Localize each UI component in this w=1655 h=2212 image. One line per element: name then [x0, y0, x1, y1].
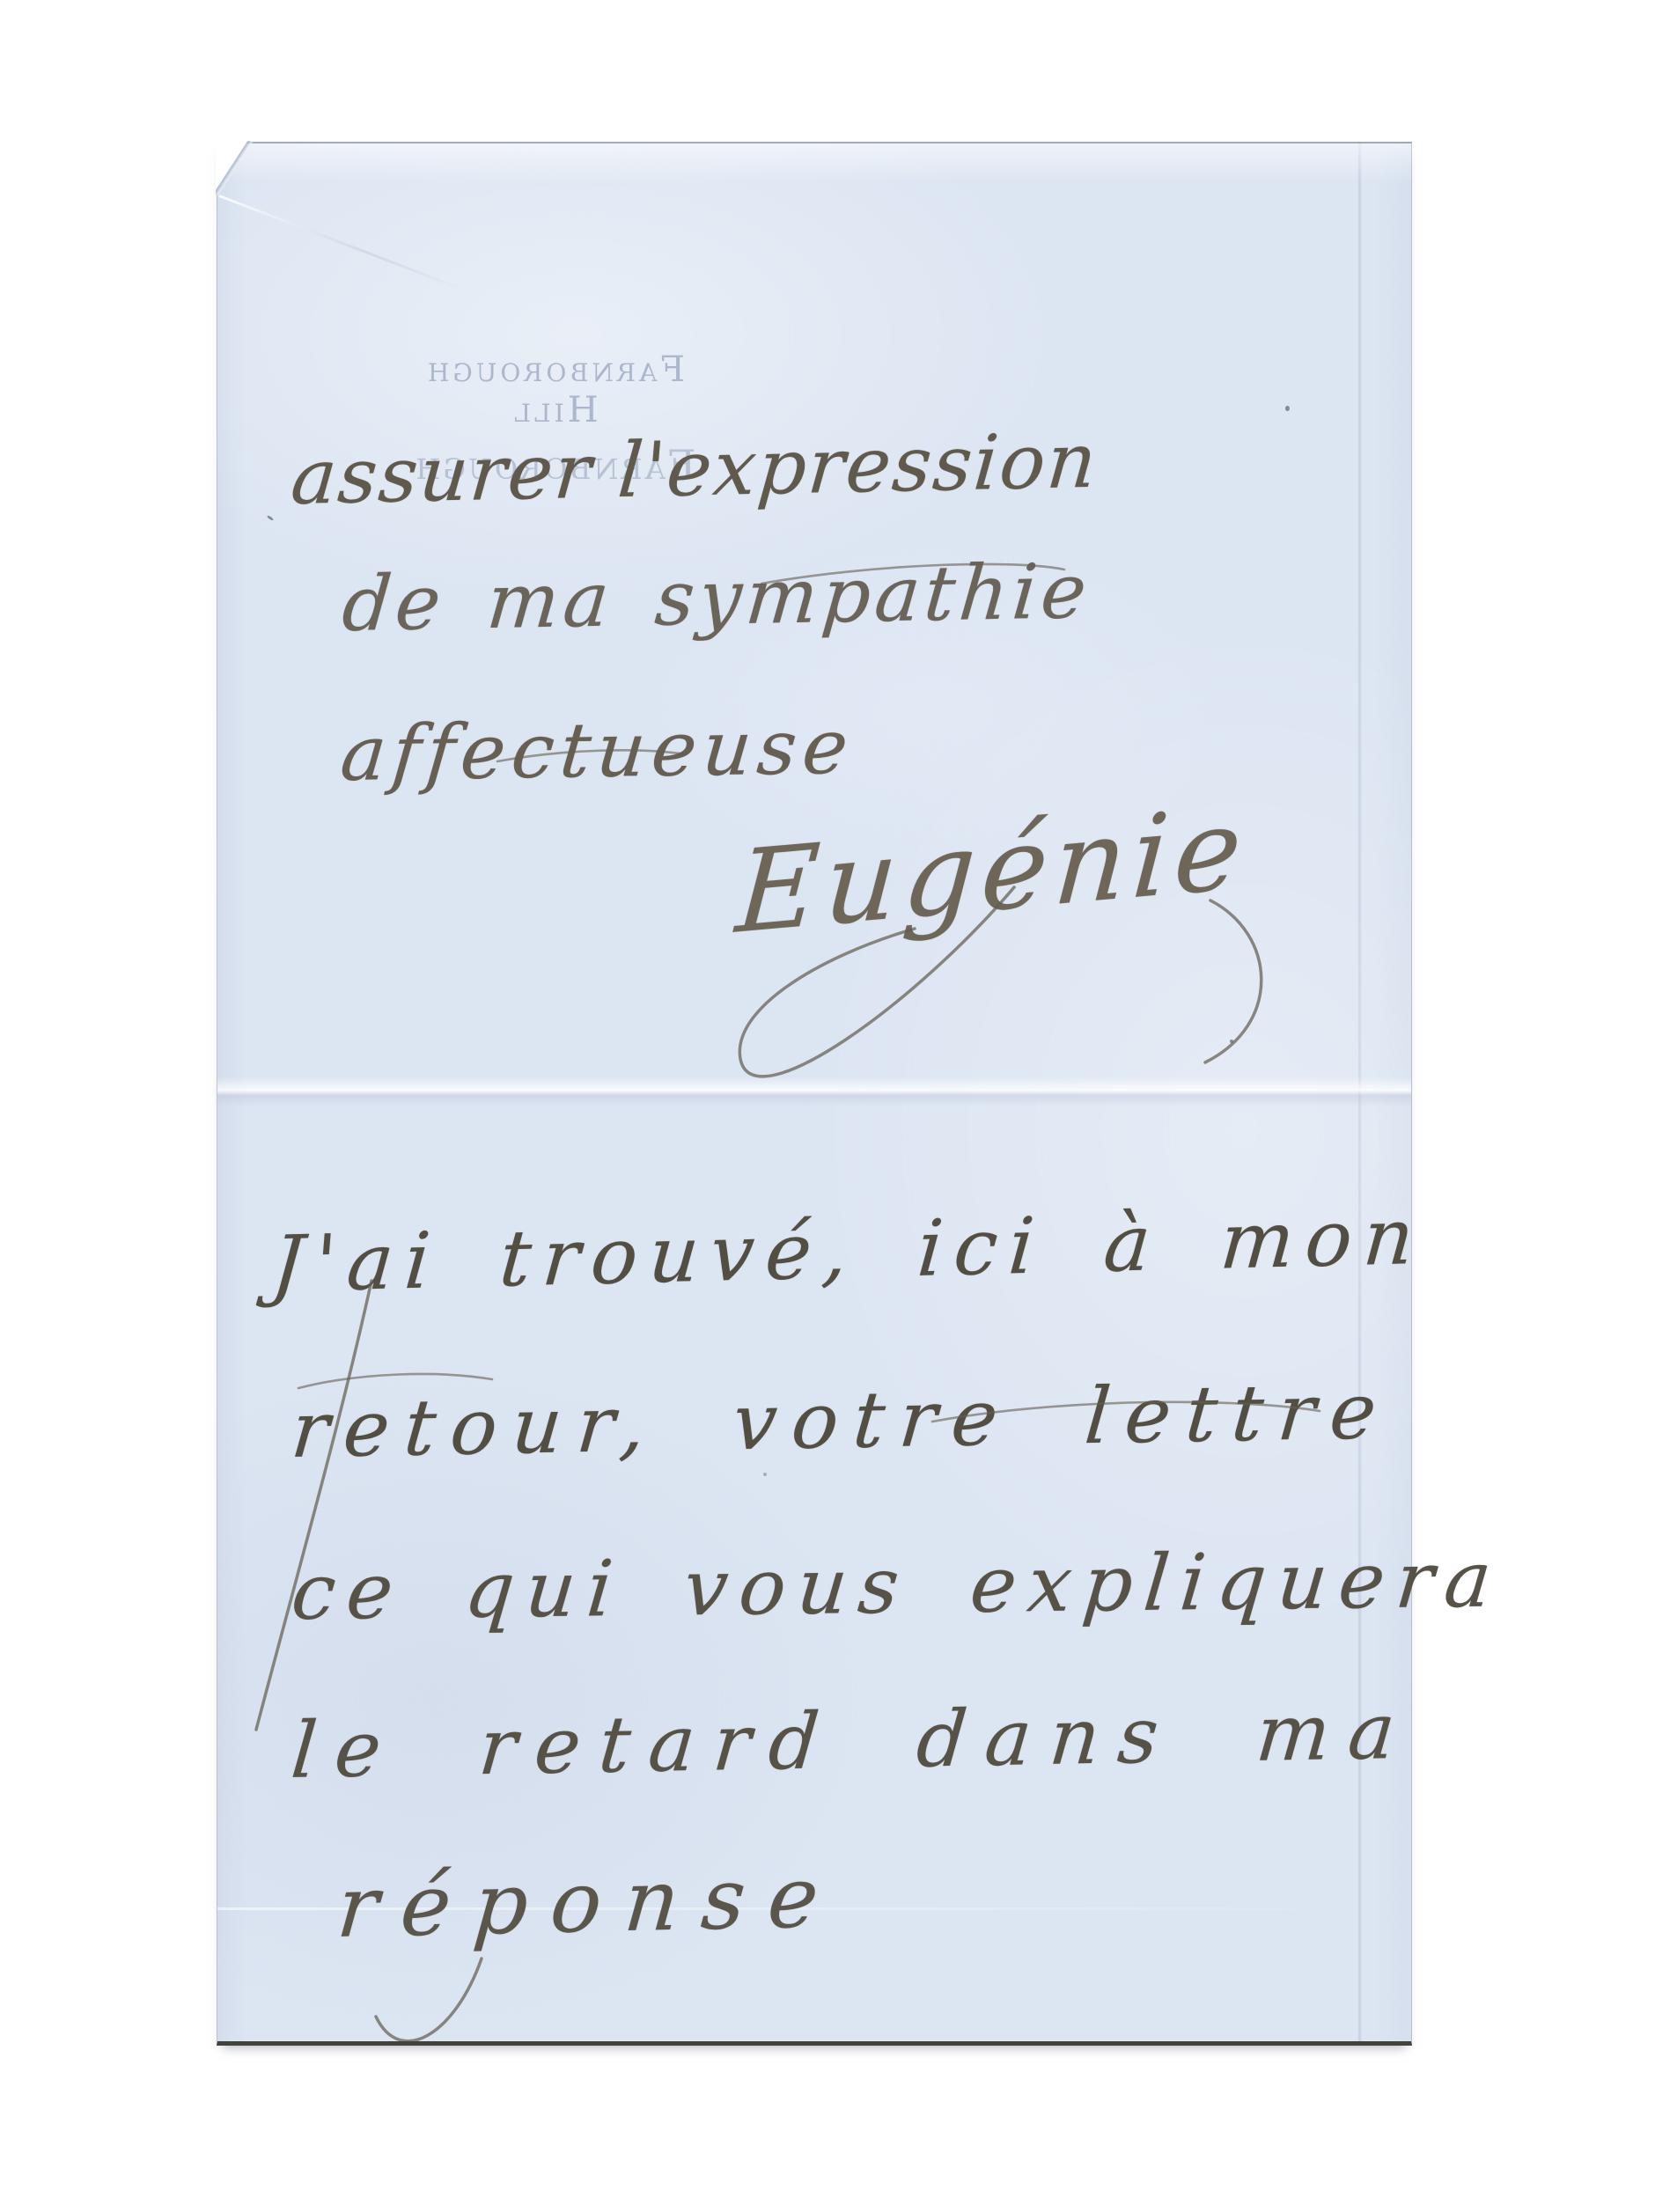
- handwritten-line: J'ai trouvé, ici à mon: [268, 1191, 1429, 1310]
- handwritten-line: ce qui vous expliquera: [288, 1533, 1507, 1637]
- pen-stroke: [376, 1958, 482, 2041]
- letterhead-line: Farnborough Hill: [383, 349, 726, 430]
- corner-fold: [216, 141, 304, 195]
- handwritten-line: le retard dans ma: [288, 1686, 1417, 1796]
- paper-crease: [218, 195, 466, 291]
- handwritten-line: réponse: [334, 1848, 845, 1957]
- pen-stroke: [1205, 900, 1261, 1062]
- handwritten-line: de ma sympathie: [339, 547, 1094, 649]
- ink-speck: [267, 515, 274, 521]
- letter-paper: Farnborough Hill Farnborough assurer l'e…: [217, 142, 1412, 2046]
- handwritten-line: assurer l'expression: [288, 417, 1101, 522]
- signature: Eugénie: [732, 783, 1252, 959]
- handwritten-line: retour, votre lettre: [288, 1365, 1395, 1475]
- pen-stroke: [256, 1281, 371, 1730]
- handwritten-line: affectueuse: [337, 703, 857, 798]
- ink-speck: [1285, 406, 1290, 411]
- scanned-letter: Farnborough Hill Farnborough assurer l'e…: [0, 0, 1655, 2212]
- ink-speck: [763, 1473, 767, 1476]
- fold-crease: [217, 1077, 1411, 1106]
- ink-speck: [1230, 1040, 1233, 1043]
